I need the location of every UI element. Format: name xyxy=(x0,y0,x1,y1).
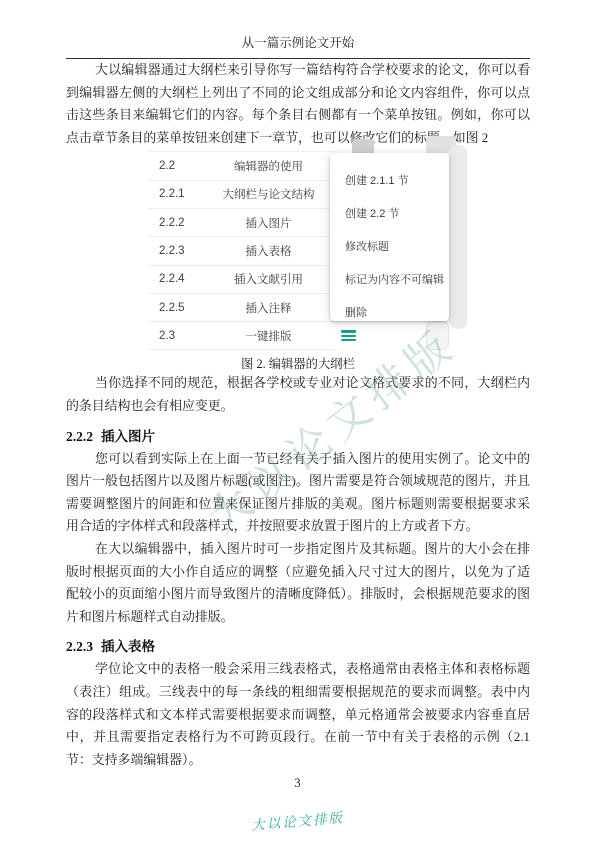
format-list-icon xyxy=(341,330,356,341)
outline-row: 2.2.2插入图片 xyxy=(148,209,334,237)
outline-row: 2.2编辑器的使用 xyxy=(148,152,334,180)
running-head-title: 从一篇示例论文开始 xyxy=(242,36,355,50)
paragraph: 学位论文中的表格一般会采用三线表格式，表格通常由表格主体和表格标题（表注）组成。… xyxy=(66,658,530,771)
outline-row: 2.2.5插入注释 xyxy=(148,294,334,322)
menu-item: 修改标题 xyxy=(330,229,449,262)
outline-row-title: 编辑器的使用 xyxy=(203,158,334,174)
outline-row-number: 2.2.5 xyxy=(148,302,203,314)
section-title: 插入表格 xyxy=(101,639,155,654)
outline-row-number: 2.3 xyxy=(148,330,203,342)
intro-paragraph: 大以编辑器通过大纲栏来引导你写一篇结构符合学校要求的论文，你可以看到编辑器左侧的… xyxy=(66,59,530,149)
outline-row-number: 2.2.4 xyxy=(148,273,203,285)
paragraph: 在大以编辑器中，插入图片时可一步指定图片及其标题。图片的大小会在排版时根据页面的… xyxy=(66,538,530,628)
outline-row-number: 2.2.1 xyxy=(148,188,203,200)
section-heading: 2.2.3插入表格 xyxy=(66,635,530,655)
menu-item: 删除 xyxy=(330,295,449,328)
menu-item: 创建 2.1.1 节 xyxy=(330,163,449,196)
paragraph: 您可以看到实际上在上面一节已经有关于插入图片的使用实例了。论文中的图片一般包括图… xyxy=(66,448,530,538)
scrollbar-strip xyxy=(449,145,467,329)
outline-row-title: 插入表格 xyxy=(203,243,334,259)
figure-outline-screenshot: 2.2编辑器的使用2.2.1大纲栏与论文结构2.2.2插入图片2.2.3插入表格… xyxy=(66,151,530,347)
document-page: 从一篇示例论文开始 大以编辑器通过大纲栏来引导你写一篇结构符合学校要求的论文，你… xyxy=(0,0,595,842)
running-head: 从一篇示例论文开始 xyxy=(66,33,530,59)
background-ui-fragment xyxy=(352,139,374,153)
footer-logo: 大以论文排版 xyxy=(0,810,595,831)
outline-list: 2.2编辑器的使用2.2.1大纲栏与论文结构2.2.2插入图片2.2.3插入表格… xyxy=(148,151,334,350)
outline-row-number: 2.2.3 xyxy=(148,245,203,257)
section-title: 插入图片 xyxy=(101,429,155,444)
outline-row-title: 插入图片 xyxy=(203,215,334,231)
section-number: 2.2.2 xyxy=(66,429,93,444)
outline-row-number: 2.2 xyxy=(148,160,203,172)
outline-row-title: 大纲栏与论文结构 xyxy=(203,186,334,202)
section-number: 2.2.3 xyxy=(66,639,93,654)
outline-row: 2.3一键排版 xyxy=(148,322,334,350)
outline-row-title: 插入文献引用 xyxy=(203,271,334,287)
outline-row: 2.2.3插入表格 xyxy=(148,237,334,265)
outline-row: 2.2.1大纲栏与论文结构 xyxy=(148,181,334,209)
outline-row: 2.2.4插入文献引用 xyxy=(148,266,334,294)
outline-row-number: 2.2.2 xyxy=(148,217,203,229)
figure-caption: 图 2. 编辑器的大纲栏 xyxy=(66,354,530,372)
page-number: 3 xyxy=(0,776,595,791)
outline-row-title: 一键排版 xyxy=(203,328,334,344)
page-content: 从一篇示例论文开始 大以编辑器通过大纲栏来引导你写一篇结构符合学校要求的论文，你… xyxy=(66,33,530,771)
context-menu: 创建 2.1.1 节创建 2.2 节修改标题标记为内容不可编辑删除 xyxy=(330,153,449,321)
section-heading: 2.2.2插入图片 xyxy=(66,425,530,445)
outline-row-title: 插入注释 xyxy=(203,300,334,316)
menu-item: 创建 2.2 节 xyxy=(330,196,449,229)
menu-item: 标记为内容不可编辑 xyxy=(330,262,449,295)
footer-logo-text: 大以论文排版 xyxy=(250,806,344,834)
paragraph: 当你选择不同的规范，根据各学校或专业对论文格式要求的不同，大纲栏内的条目结构也会… xyxy=(66,372,530,417)
